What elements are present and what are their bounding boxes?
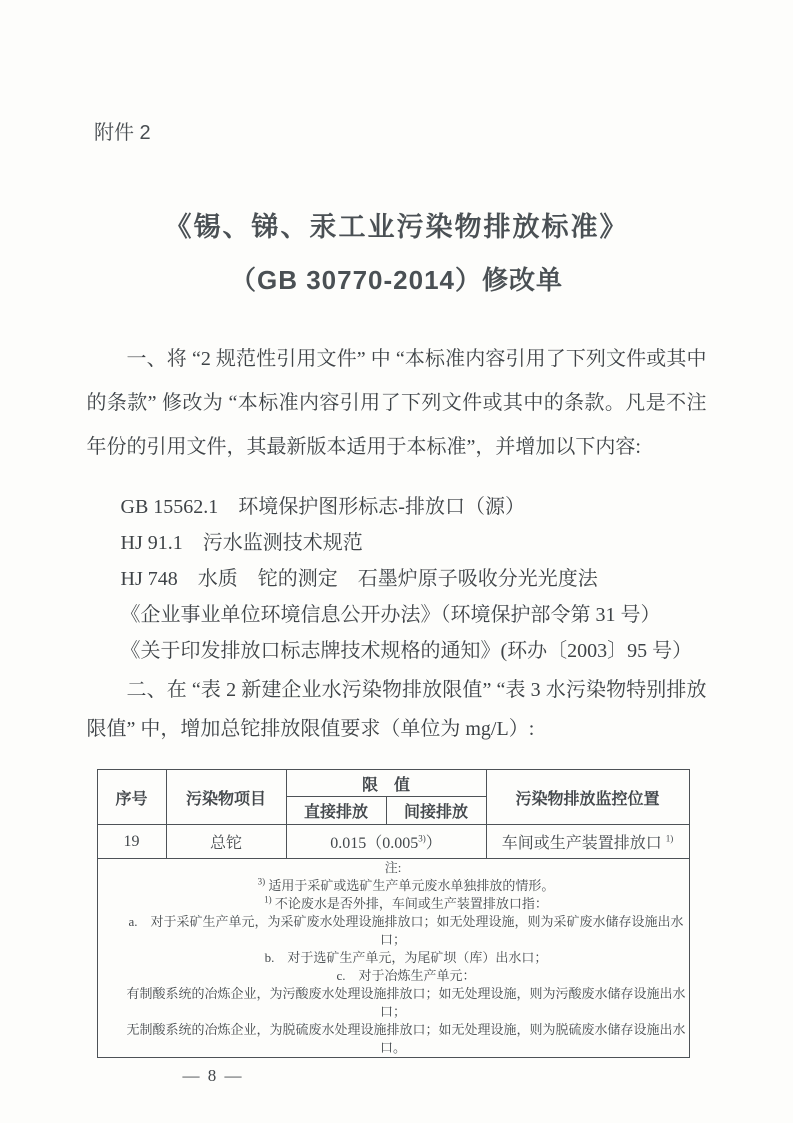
notes-label: 注:	[98, 859, 689, 877]
note-item: 3) 适用于采矿或选矿生产单元废水单独排放的情形。	[98, 877, 689, 895]
cell-monitor-location: 车间或生产装置排放口 1)	[486, 825, 689, 859]
header-index: 序号	[97, 770, 166, 825]
note-item: 1) 不论废水是否外排，车间或生产装置排放口指：	[98, 895, 689, 913]
reference-list: GB 15562.1 环境保护图形标志-排放口（源） HJ 91.1 污水监测技…	[87, 489, 707, 669]
document-subtitle: （GB 30770-2014）修改单	[0, 260, 793, 297]
limit-value-close: ）	[426, 835, 442, 852]
limit-footnote-marker: 3)	[418, 834, 426, 844]
attachment-label: 附件 2	[94, 116, 793, 145]
note-footnote-marker: 1)	[264, 895, 272, 905]
note-item: a. 对于采矿生产单元，为采矿废水处理设施排放口；如无处理设施，则为采矿废水储存…	[98, 913, 689, 949]
note-text: c. 对于冶炼生产单元：	[336, 968, 475, 983]
table-data-row: 19 总铊 0.015（0.0053)） 车间或生产装置排放口 1)	[97, 825, 689, 859]
header-pollutant: 污染物项目	[166, 770, 286, 825]
note-text: b. 对于选矿生产单元，为尾矿坝（库）出水口；	[265, 950, 548, 965]
header-limit: 限 值	[286, 770, 486, 797]
reference-item: 《企业事业单位环境信息公开办法》（环境保护部令第 31 号）	[121, 597, 707, 633]
note-text: 适用于采矿或选矿生产单元废水单独排放的情形。	[268, 878, 554, 893]
emission-limit-table: 序号 污染物项目 限 值 污染物排放监控位置 直接排放 间接排放 19 总铊 0…	[97, 769, 690, 1058]
note-footnote-marker: 3)	[258, 877, 266, 887]
note-text: a. 对于采矿生产单元，为采矿废水处理设施排放口；如无处理设施，则为采矿废水储存…	[128, 914, 683, 947]
table-notes-row: 注: 3) 适用于采矿或选矿生产单元废水单独排放的情形。 1) 不论废水是否外排…	[97, 859, 689, 1058]
note-item: c. 对于冶炼生产单元：	[98, 967, 689, 985]
reference-item: GB 15562.1 环境保护图形标志-排放口（源）	[121, 489, 707, 525]
reference-item: HJ 748 水质 铊的测定 石墨炉原子吸收分光光度法	[121, 561, 707, 597]
header-direct-discharge: 直接排放	[286, 797, 386, 825]
note-text: 有制酸系统的冶炼企业，为污酸废水处理设施排放口；如无处理设施，则为污酸废水储存设…	[127, 986, 686, 1019]
reference-item: HJ 91.1 污水监测技术规范	[121, 525, 707, 561]
cell-limit-value: 0.015（0.0053)）	[286, 825, 486, 859]
note-item: b. 对于选矿生产单元，为尾矿坝（库）出水口；	[98, 949, 689, 967]
cell-index: 19	[97, 825, 166, 859]
table-notes: 注: 3) 适用于采矿或选矿生产单元废水单独排放的情形。 1) 不论废水是否外排…	[97, 859, 689, 1058]
document-page: 附件 2 《锡、锑、汞工业污染物排放标准》 （GB 30770-2014）修改单…	[0, 0, 793, 1123]
note-item: 无制酸系统的冶炼企业，为脱硫废水处理设施排放口；如无处理设施，则为脱硫废水储存设…	[98, 1021, 689, 1057]
note-item: 有制酸系统的冶炼企业，为污酸废水处理设施排放口；如无处理设施，则为污酸废水储存设…	[98, 985, 689, 1021]
cell-pollutant: 总铊	[166, 825, 286, 859]
note-text: 不论废水是否外排，车间或生产装置排放口指：	[275, 896, 548, 911]
header-monitor-location: 污染物排放监控位置	[486, 770, 689, 825]
paragraph-2: 二、在 “表 2 新建企业水污染物排放限值” “表 3 水污染物特别排放限值” …	[87, 671, 707, 749]
table-header-row: 序号 污染物项目 限 值 污染物排放监控位置	[97, 770, 689, 797]
paragraph-1: 一、将 “2 规范性引用文件” 中 “本标准内容引用了下列文件或其中的条款” 修…	[87, 337, 707, 469]
limit-value-text: 0.015（0.005	[330, 835, 418, 852]
header-indirect-discharge: 间接排放	[386, 797, 486, 825]
document-title: 《锡、锑、汞工业污染物排放标准》	[0, 205, 793, 244]
location-footnote-marker: 1)	[666, 834, 674, 844]
location-text: 车间或生产装置排放口	[502, 835, 662, 852]
page-number: — 8 —	[183, 1066, 707, 1086]
note-text: 无制酸系统的冶炼企业，为脱硫废水处理设施排放口；如无处理设施，则为脱硫废水储存设…	[127, 1022, 686, 1055]
reference-item: 《关于印发排放口标志牌技术规格的通知》(环办〔2003〕95 号）	[121, 633, 707, 669]
document-body: 一、将 “2 规范性引用文件” 中 “本标准内容引用了下列文件或其中的条款” 修…	[87, 337, 707, 1086]
